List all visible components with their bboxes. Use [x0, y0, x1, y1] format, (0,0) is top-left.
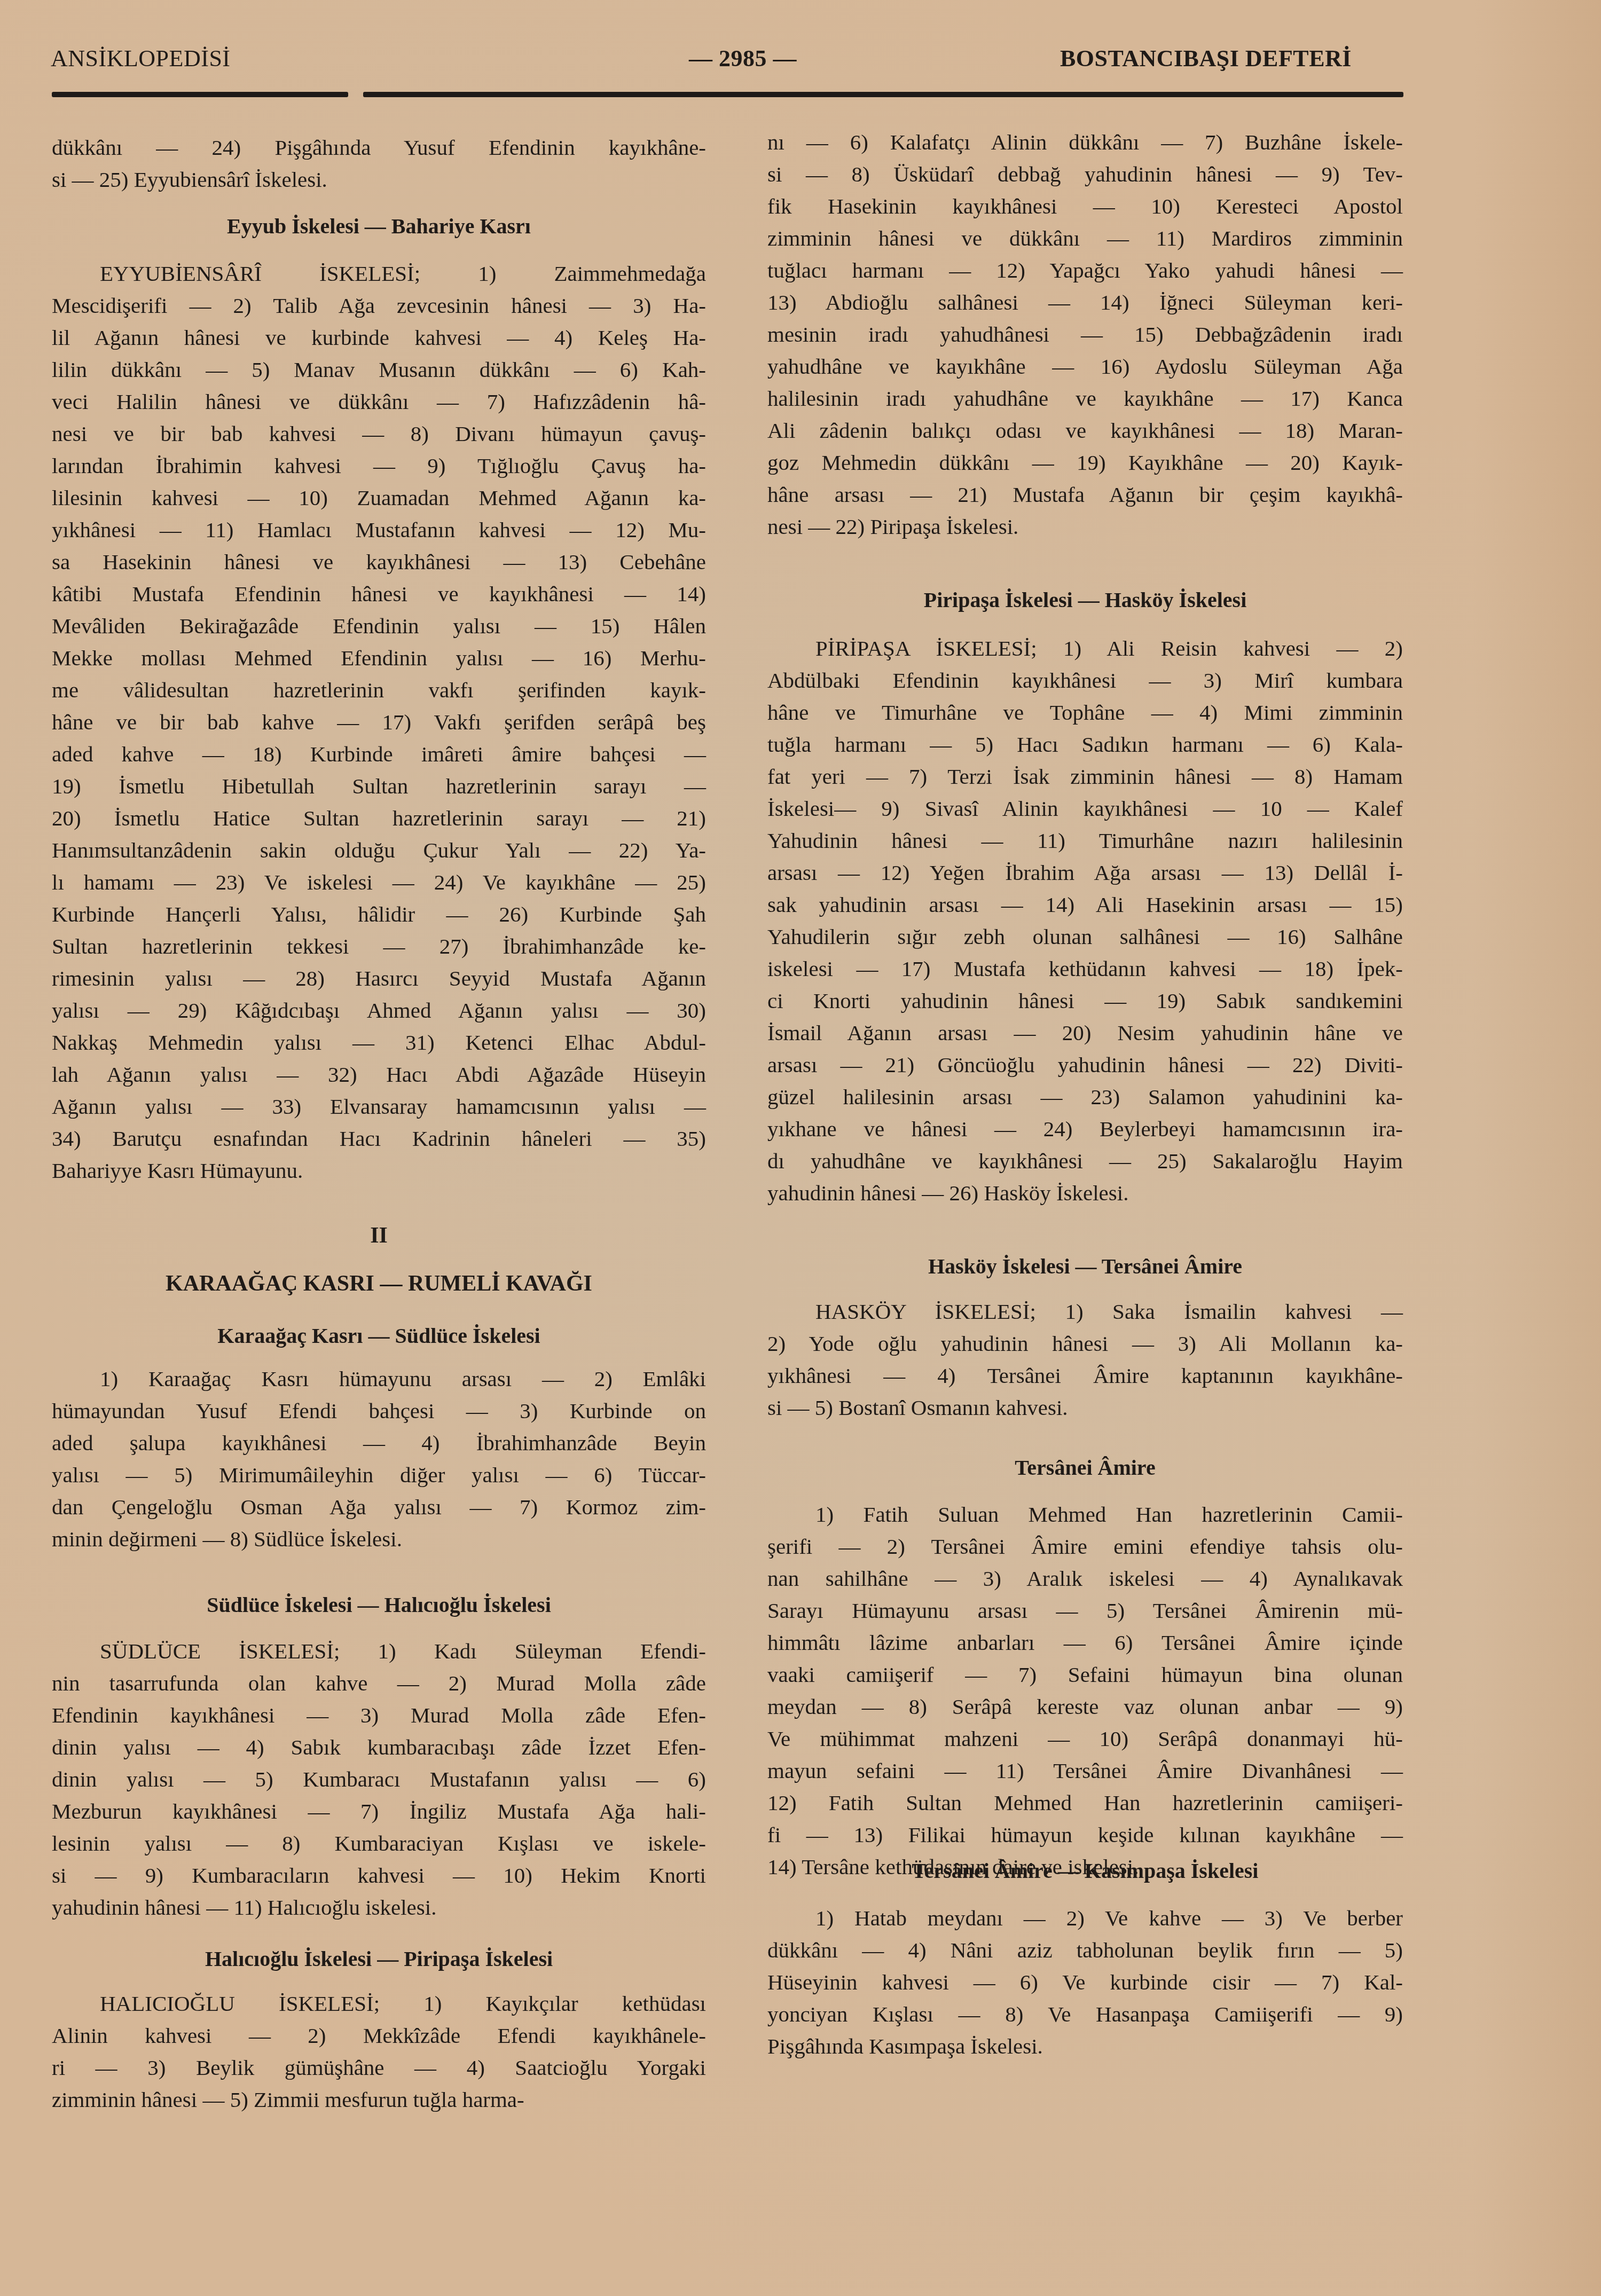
paragraph-line: vaaki camiişerif — 7) Sefaini hümayun bi… [767, 1662, 1403, 1687]
part-title: KARAAĞAÇ KASRI — RUMELİ KAVAĞI [52, 1271, 706, 1296]
paragraph-line: Kurbinde Hançerli Yalısı, hâlidir — 26) … [52, 901, 706, 927]
paragraph-line: Efendinin kayıkhânesi — 3) Murad Molla z… [52, 1702, 706, 1728]
paragraph-line: hâne arsası — 21) Mustafa Ağanın bir çeş… [767, 482, 1403, 507]
paragraph-line: aded kahve — 18) Kurbinde imâreti âmire … [52, 741, 706, 767]
paragraph-line: nesi ve bir bab kahvesi — 8) Divanı hüma… [52, 421, 706, 446]
header-rule-right [363, 92, 1403, 97]
paragraph-line: lilesinin kahvesi — 10) Zuamadan Mehmed … [52, 485, 706, 510]
paragraph-line: lah Ağanın yalısı — 32) Hacı Abdi Ağazâd… [52, 1061, 706, 1087]
paragraph-line: Ağanın yalısı — 33) Elvansaray hamamcısı… [52, 1094, 706, 1119]
paragraph-line: 2) Yode oğlu yahudinin hânesi — 3) Ali M… [767, 1331, 1403, 1356]
paragraph-line: Hanımsultanzâdenin sakin olduğu Çukur Ya… [52, 837, 706, 863]
paragraph-line: Mekke mollası Mehmed Efendinin yalısı — … [52, 645, 706, 671]
paragraph-line: sak yahudinin arsası — 14) Ali Hasekinin… [767, 892, 1403, 917]
paragraph-line: nan sahilhâne — 3) Aralık iskelesi — 4) … [767, 1566, 1403, 1591]
paragraph-line: lil Ağanın hânesi ve kurbinde kahvesi — … [52, 325, 706, 350]
paragraph-line: goz Mehmedin dükkânı — 19) Kayıkhâne — 2… [767, 450, 1403, 475]
paragraph-line: aded şalupa kayıkhânesi — 4) İbrahimhanz… [52, 1430, 706, 1456]
paragraph-line: İskelesi— 9) Sivasî Alinin kayıkhânesi —… [767, 796, 1403, 821]
paragraph-line: İsmail Ağanın arsası — 20) Nesim yahudin… [767, 1020, 1403, 1045]
paragraph-line: minin değirmeni — 8) Südlüce İskelesi. [52, 1526, 706, 1552]
paragraph-line: lilin dükkânı — 5) Manav Musanın dükkânı… [52, 357, 706, 382]
paragraph-line: Bahariyye Kasrı Hümayunu. [52, 1158, 706, 1183]
paragraph-line: yıkhânesi — 4) Tersânei Âmire kaptanının… [767, 1363, 1403, 1388]
paragraph-line: iskelesi — 17) Mustafa kethüdanın kahves… [767, 956, 1403, 981]
paragraph-line: lesinin yalısı — 8) Kumbaraciyan Kışlası… [52, 1830, 706, 1856]
paragraph-line: Alinin kahvesi — 2) Mekkîzâde Efendi kay… [52, 2023, 706, 2048]
paragraph-line: ci Knorti yahudinin hânesi — 19) Sabık s… [767, 988, 1403, 1013]
paragraph-line: ri — 3) Beylik gümüşhâne — 4) Saatcioğlu… [52, 2055, 706, 2080]
paragraph-line: dan Çengeloğlu Osman Ağa yalısı — 7) Kor… [52, 1494, 706, 1520]
paragraph-line: yalısı — 5) Mirimumâileyhin diğer yalısı… [52, 1462, 706, 1488]
paragraph-line: 1) Hatab meydanı — 2) Ve kahve — 3) Ve b… [767, 1905, 1403, 1931]
header-rule-left [52, 92, 348, 97]
paragraph-line: Mevâliden Bekirağazâde Efendinin yalısı … [52, 613, 706, 639]
paragraph-line: HASKÖY İSKELESİ; 1) Saka İsmailin kahves… [767, 1299, 1403, 1324]
paragraph-line: me vâlidesultan hazretlerinin vakfı şeri… [52, 677, 706, 703]
paragraph-line: SÜDLÜCE İSKELESİ; 1) Kadı Süleyman Efend… [52, 1638, 706, 1664]
section-heading-piripasa: Piripaşa İskelesi — Hasköy İskelesi [767, 587, 1403, 613]
paragraph-line: si — 9) Kumbaracıların kahvesi — 10) Hek… [52, 1862, 706, 1888]
part-number: II [52, 1223, 706, 1248]
section-heading-eyyub: Eyyub İskelesi — Bahariye Kasrı [52, 214, 706, 239]
paragraph-line: mayun sefaini — 11) Tersânei Âmire Divan… [767, 1758, 1403, 1783]
paragraph-line: hâne ve bir bab kahve — 17) Vakfı şerifd… [52, 709, 706, 735]
paragraph-line: kâtibi Mustafa Efendinin hânesi ve kayık… [52, 581, 706, 607]
paragraph-line: nin tasarrufunda olan kahve — 2) Murad M… [52, 1670, 706, 1696]
paragraph-line: HALICIOĞLU İSKELESİ; 1) Kayıkçılar kethü… [52, 1991, 706, 2016]
paragraph-line: nı — 6) Kalafatçı Alinin dükkânı — 7) Bu… [767, 129, 1403, 155]
section-heading-haskoy: Hasköy İskelesi — Tersânei Âmire [767, 1254, 1403, 1279]
paragraph-line: tuğlacı harmanı — 12) Yapağcı Yako yahud… [767, 257, 1403, 283]
paragraph-line: fat yeri — 7) Terzi İsak zimminin hânesi… [767, 764, 1403, 789]
paragraph-line: yahudhâne ve kayıkhâne — 16) Aydoslu Sül… [767, 353, 1403, 379]
paragraph-line: Ve mühimmat mahzeni — 10) Serâpâ donanma… [767, 1726, 1403, 1751]
paragraph-line: Sarayı Hümayunu arsası — 5) Tersânei Âmi… [767, 1598, 1403, 1623]
paragraph-line: yonciyan Kışlası — 8) Ve Hasanpaşa Camii… [767, 2001, 1403, 2027]
paragraph-line: rimesinin yalısı — 28) Hasırcı Seyyid Mu… [52, 965, 706, 991]
paragraph-line: hâne ve Timurhâne ve Tophâne — 4) Mimi z… [767, 699, 1403, 725]
paragraph-line: larından İbrahimin kahvesi — 9) Tığlıoğl… [52, 453, 706, 478]
section-heading-tersane: Tersânei Âmire [767, 1455, 1403, 1481]
paragraph-line: dinin yalısı — 5) Kumbaracı Mustafanın y… [52, 1766, 706, 1792]
paragraph-line: yıkhânesi — 11) Hamlacı Mustafanın kahve… [52, 517, 706, 542]
paragraph-line: 1) Fatih Suluan Mehmed Han hazretlerinin… [767, 1501, 1403, 1527]
paragraph-line: 13) Abdioğlu salhânesi — 14) İğneci Süle… [767, 289, 1403, 315]
paragraph-line: si — 8) Üsküdarî debbağ yahudinin hânesi… [767, 161, 1403, 187]
paragraph-line: arsası — 12) Yeğen İbrahim Ağa arsası — … [767, 860, 1403, 885]
paragraph-line: EYYUBİENSÂRÎ İSKELESİ; 1) Zaimmehmedağa [52, 261, 706, 286]
paragraph-line: meydan — 8) Serâpâ kereste vaz olunan an… [767, 1694, 1403, 1719]
paragraph-line: fik Hasekinin kayıkhânesi — 10) Kerestec… [767, 193, 1403, 219]
paragraph-line: Pişgâhında Kasımpaşa İskelesi. [767, 2033, 1403, 2059]
header-encyclopedia-title: ANSİKLOPEDİSİ [51, 47, 231, 70]
header-entry-title: BOSTANCIBAŞI DEFTERİ [1060, 47, 1352, 70]
paragraph-line: veci Halilin hânesi ve dükkânı — 7) Hafı… [52, 389, 706, 414]
paragraph-line: 20) İsmetlu Hatice Sultan hazretlerinin … [52, 805, 706, 831]
paragraph-line: fi — 13) Filikai hümayun keşide kılınan … [767, 1822, 1403, 1847]
paragraph-line: yahudinin hânesi — 11) Halıcıoğlu iskele… [52, 1894, 706, 1920]
paragraph-line: 19) İsmetlu Hibetullah Sultan hazretleri… [52, 773, 706, 799]
paragraph-line: güzel halilesinin arsası — 23) Salamon y… [767, 1084, 1403, 1110]
paragraph-line: Abdülbaki Efendinin kayıkhânesi — 3) Mir… [767, 667, 1403, 693]
paragraph-line: mesinin iradı yahudhânesi — 15) Debbağzâ… [767, 321, 1403, 347]
paragraph-line: si — 5) Bostanî Osmanın kahvesi. [767, 1395, 1403, 1420]
paragraph-line: dükkânı — 4) Nâni aziz tabholunan beylik… [767, 1937, 1403, 1963]
paragraph-line: halilesinin iradı yahudhâne ve kayıkhâne… [767, 386, 1403, 411]
paragraph-line: Ali zâdenin balıkçı odası ve kayıkhânesi… [767, 418, 1403, 443]
paragraph-line: tuğla harmanı — 5) Hacı Sadıkın harmanı … [767, 732, 1403, 757]
paragraph-line: 34) Barutçu esnafından Hacı Kadrinin hân… [52, 1126, 706, 1151]
page-number: — 2985 — [689, 47, 797, 70]
paragraph-line: dinin yalısı — 4) Sabık kumbaracıbaşı zâ… [52, 1734, 706, 1760]
paragraph-line: Sultan hazretlerinin tekkesi — 27) İbrah… [52, 933, 706, 959]
paragraph-line: Yahudinin hânesi — 11) Timurhâne nazırı … [767, 828, 1403, 853]
paragraph-line: lı hamamı — 23) Ve iskelesi — 24) Ve kay… [52, 869, 706, 895]
paragraph-line: arsası — 21) Göncüoğlu yahudinin hânesi … [767, 1052, 1403, 1078]
paragraph-line: şerifi — 2) Tersânei Âmire emini efendiy… [767, 1534, 1403, 1559]
paragraph-line: 1) Karaağaç Kasrı hümayunu arsası — 2) E… [52, 1366, 706, 1391]
paragraph-line: hümayundan Yusuf Efendi bahçesi — 3) Kur… [52, 1398, 706, 1424]
paragraph-line: Yahudilerin sığır zebh olunan salhânesi … [767, 924, 1403, 949]
section-heading-karaagac: Karaağaç Kasrı — Südlüce İskelesi [52, 1323, 706, 1349]
paragraph-line: Hüseyinin kahvesi — 6) Ve kurbinde cisir… [767, 1969, 1403, 1995]
section-heading-kasimpasa: Tersânei Âmire — Kasımpaşa İskelesi [767, 1858, 1403, 1884]
paragraph-line: Nakkaş Mehmedin yalısı — 31) Ketenci Elh… [52, 1029, 706, 1055]
paragraph-line: zimminin hânesi — 5) Zimmii mesfurun tuğ… [52, 2087, 706, 2112]
paragraph-line: si — 25) Eyyubiensârî İskelesi. [52, 167, 706, 192]
section-heading-sudluce: Südlüce İskelesi — Halıcıoğlu İskelesi [52, 1592, 706, 1618]
paragraph-line: PİRİPAŞA İSKELESİ; 1) Ali Reisin kahvesi… [767, 635, 1403, 661]
paragraph-line: dükkânı — 24) Pişgâhında Yusuf Efendinin… [52, 135, 706, 160]
paragraph-line: zimminin hânesi ve dükkânı — 11) Mardiro… [767, 225, 1403, 251]
paragraph-line: Mezburun kayıkhânesi — 7) İngiliz Mustaf… [52, 1798, 706, 1824]
paragraph-line: 12) Fatih Sultan Mehmed Han hazretlerini… [767, 1790, 1403, 1815]
paragraph-line: himmâtı lâzime anbarları — 6) Tersânei Â… [767, 1630, 1403, 1655]
paragraph-line: yahudinin hânesi — 26) Hasköy İskelesi. [767, 1180, 1403, 1206]
paragraph-line: nesi — 22) Piripaşa İskelesi. [767, 514, 1403, 539]
paragraph-line: yalısı — 29) Kâğıdcıbaşı Ahmed Ağanın ya… [52, 997, 706, 1023]
paragraph-line: sa Hasekinin hânesi ve kayıkhânesi — 13)… [52, 549, 706, 575]
paragraph-line: yıkhane ve hânesi — 24) Beylerbeyi hamam… [767, 1116, 1403, 1142]
section-heading-halicioglu: Halıcıoğlu İskelesi — Piripaşa İskelesi [52, 1946, 706, 1972]
paragraph-line: Mescidişerifi — 2) Talib Ağa zevcesinin … [52, 293, 706, 318]
paragraph-line: dı yahudhâne ve kayıkhânesi — 25) Sakala… [767, 1148, 1403, 1174]
